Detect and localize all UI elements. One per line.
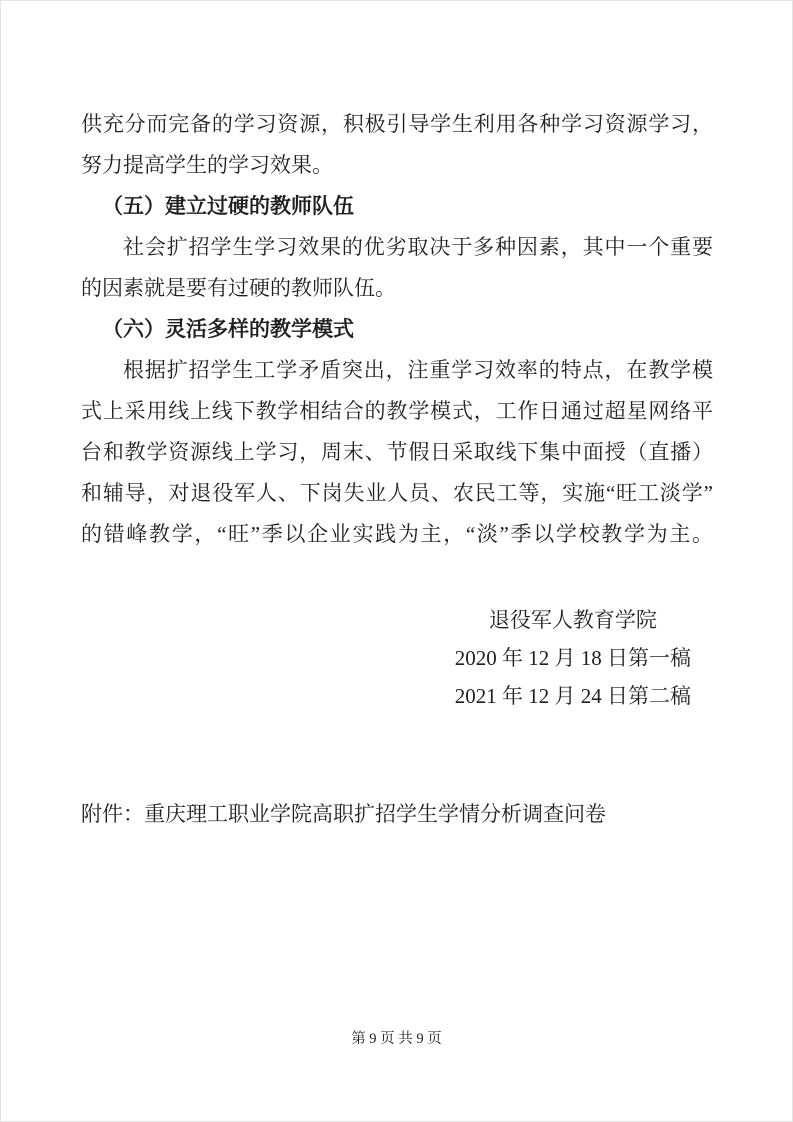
signature-block: 退役军人教育学院 2020 年 12 月 18 日第一稿 2021 年 12 月…	[455, 601, 691, 715]
signature-organization: 退役军人教育学院	[455, 601, 691, 639]
body-line: 根据扩招学生工学矛盾突出，注重学习效率的特点，在教学模	[81, 350, 713, 391]
body-line: 的因素就是要有过硬的教师队伍。	[81, 268, 713, 309]
body-line: 社会扩招学生学习效果的优劣取决于多种因素，其中一个重要	[81, 227, 713, 268]
document-body: 供充分而完备的学习资源，积极引导学生利用各种学习资源学习， 努力提高学生的学习效…	[81, 104, 713, 835]
signature-date-second-draft: 2021 年 12 月 24 日第二稿	[455, 677, 691, 715]
body-line: 努力提高学生的学习效果。	[81, 145, 713, 186]
attachment-note: 附件：重庆理工职业学院高职扩招学生学情分析调查问卷	[81, 794, 713, 835]
document-page: 供充分而完备的学习资源，积极引导学生利用各种学习资源学习， 努力提高学生的学习效…	[0, 0, 793, 1122]
body-line: 供充分而完备的学习资源，积极引导学生利用各种学习资源学习，	[81, 104, 713, 145]
section-heading-5: （五）建立过硬的教师队伍	[81, 186, 713, 227]
body-line: 台和教学资源线上学习，周末、节假日采取线下集中面授（直播）	[81, 432, 713, 473]
body-line: 和辅导，对退役军人、下岗失业人员、农民工等，实施“旺工淡学”	[81, 473, 713, 514]
body-line: 式上采用线上线下教学相结合的教学模式，工作日通过超星网络平	[81, 391, 713, 432]
signature-date-first-draft: 2020 年 12 月 18 日第一稿	[455, 639, 691, 677]
page-number: 第 9 页 共 9 页	[1, 1029, 792, 1049]
body-line: 的错峰教学，“旺”季以企业实践为主，“淡”季以学校教学为主。	[81, 514, 713, 555]
section-heading-6: （六）灵活多样的教学模式	[81, 309, 713, 350]
